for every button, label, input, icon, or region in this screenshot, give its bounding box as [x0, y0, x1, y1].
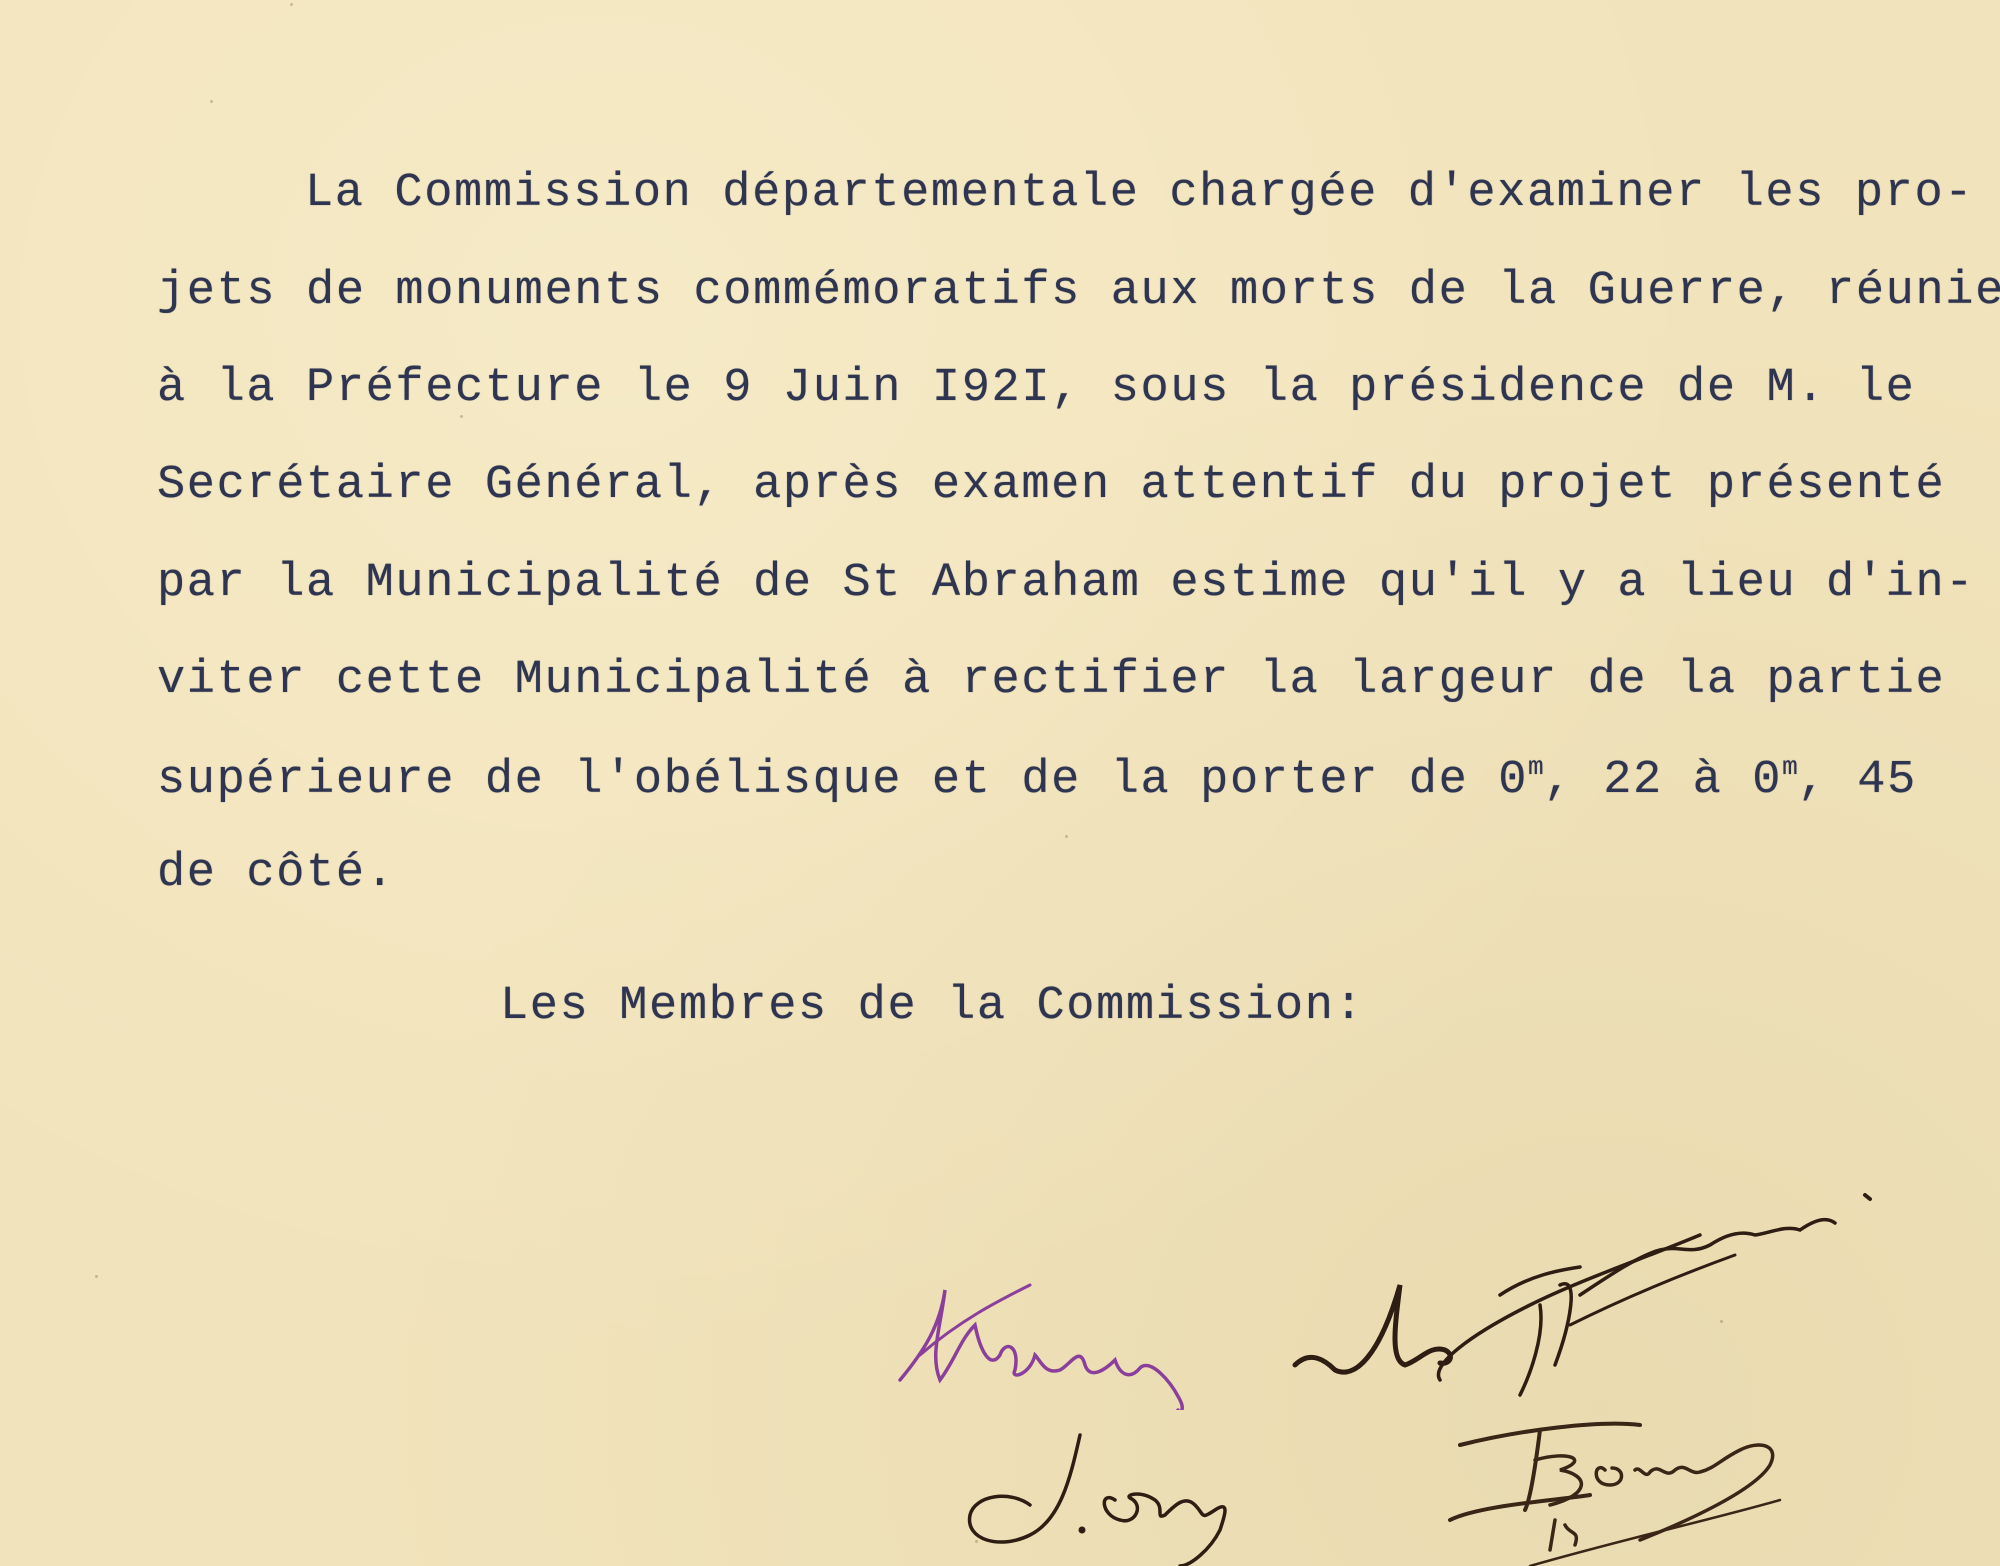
- body-line-6: viter cette Municipalité à rectifier la …: [157, 657, 1945, 704]
- line7-text-a: supérieure de l'obélisque et de la porte…: [157, 754, 1528, 807]
- line7-text-b: , 22 à 0: [1544, 754, 1782, 807]
- paper-speck: [460, 415, 463, 418]
- body-line-5: par la Municipalité de St Abraham estime…: [157, 560, 1975, 607]
- body-line-8: de côté.: [157, 850, 395, 897]
- paper-speck: [1720, 1320, 1723, 1323]
- signature-wroliay: [880, 1230, 1220, 1410]
- paper-speck: [210, 100, 213, 103]
- line7-text-c: , 45: [1798, 754, 1917, 807]
- meter-superscript-2: m: [1782, 752, 1798, 782]
- signature-j-day: [950, 1420, 1350, 1566]
- paper-speck: [975, 1540, 978, 1543]
- body-line-4: Secrétaire Général, après examen attenti…: [157, 462, 1945, 509]
- letter-body: La Commission départementale chargée d'e…: [0, 0, 60, 470]
- body-line-3: à la Préfecture le 9 Juin I92I, sous la …: [157, 365, 1915, 412]
- paper-speck: [95, 1275, 98, 1278]
- signature-born: [1440, 1390, 1920, 1566]
- body-line-1: La Commission départementale chargée d'e…: [305, 170, 1974, 217]
- meter-superscript-1: m: [1528, 752, 1544, 782]
- body-line-2: jets de monuments commémoratifs aux mort…: [157, 268, 2000, 315]
- signature-le-henaff: [1280, 1175, 1900, 1405]
- paper-speck: [290, 3, 293, 6]
- paper-speck: [1065, 835, 1068, 838]
- closing-line: Les Membres de la Commission:: [500, 983, 1364, 1030]
- body-line-7: supérieure de l'obélisque et de la porte…: [157, 754, 1917, 804]
